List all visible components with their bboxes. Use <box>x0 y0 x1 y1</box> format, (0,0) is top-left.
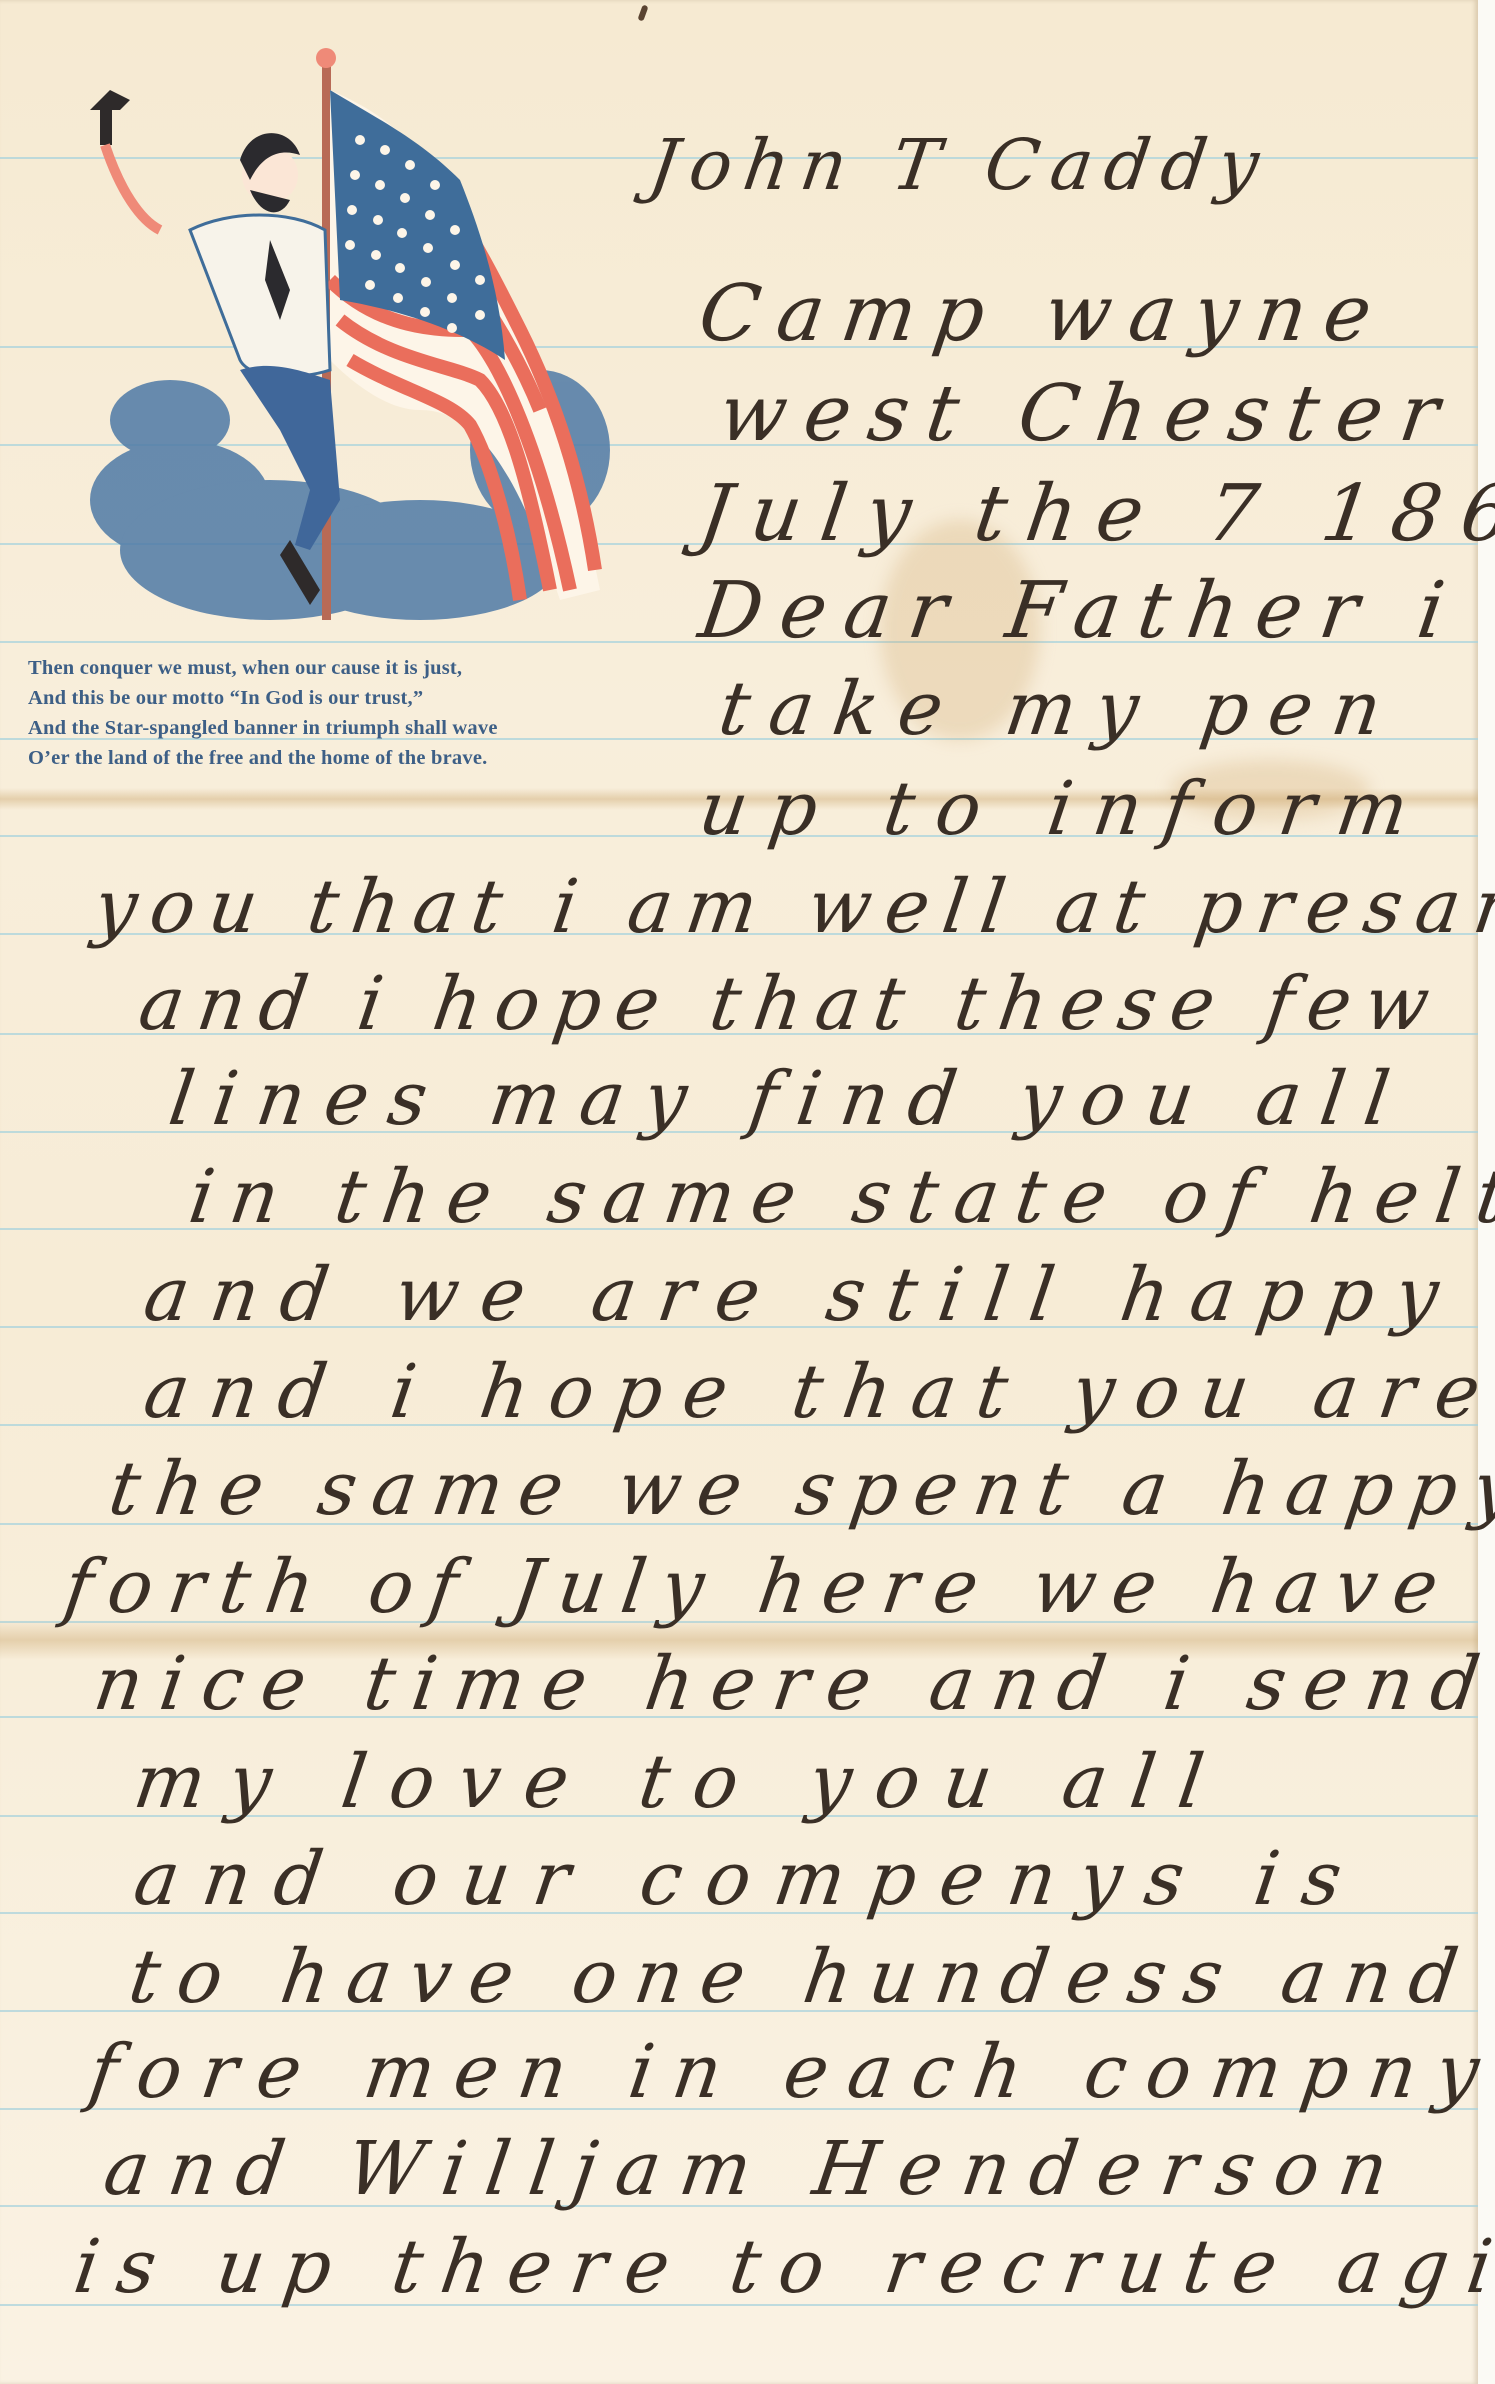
letter-salutation: Dear Father i <box>695 572 1467 650</box>
letter-line: is up there to recrute agin <box>70 2230 1495 2304</box>
letter-line: the same we spent a happy <box>105 1452 1495 1526</box>
caption-line: O’er the land of the free and the home o… <box>28 743 688 773</box>
letter-line: to have one hundess and <box>125 1940 1480 2014</box>
flag-climber-illustration <box>40 30 660 640</box>
letter-line: and our compenys is <box>130 1842 1370 1916</box>
letter-line: lines may find you all <box>165 1062 1414 1136</box>
letter-line: fore men in each compny <box>85 2035 1495 2109</box>
letter-location-camp: Camp wayne <box>695 275 1395 353</box>
caption-line: And the Star-spangled banner in triumph … <box>28 713 688 743</box>
letter-line: you that i am well at presant <box>90 870 1495 944</box>
caption-line: And this be our motto “In God is our tru… <box>28 683 688 713</box>
letter-line: and we are still happy <box>140 1258 1465 1332</box>
letter-author: John T Caddy <box>645 130 1275 200</box>
letter-page: Then conquer we must, when our cause it … <box>0 0 1478 2384</box>
letter-line: in the same state of helth <box>185 1160 1495 1234</box>
letter-line: nice time here and i send <box>90 1647 1495 1721</box>
letter-line: and i hope that these few <box>135 967 1448 1041</box>
ink-mark <box>637 4 648 21</box>
letterhead-caption: Then conquer we must, when our cause it … <box>28 653 688 773</box>
letter-date: July the 7 1861 <box>695 475 1495 553</box>
letter-line: and i hope that you are <box>140 1355 1495 1429</box>
caption-line: Then conquer we must, when our cause it … <box>28 653 688 683</box>
letter-line: forth of July here we have <box>60 1550 1459 1624</box>
letter-line: my love to you all <box>130 1745 1232 1819</box>
letter-location-town: west Chester <box>715 375 1462 453</box>
letter-line: take my pen <box>715 672 1406 746</box>
letter-line: up to inform <box>695 772 1435 846</box>
letter-line: and Willjam Henderson <box>100 2132 1412 2206</box>
